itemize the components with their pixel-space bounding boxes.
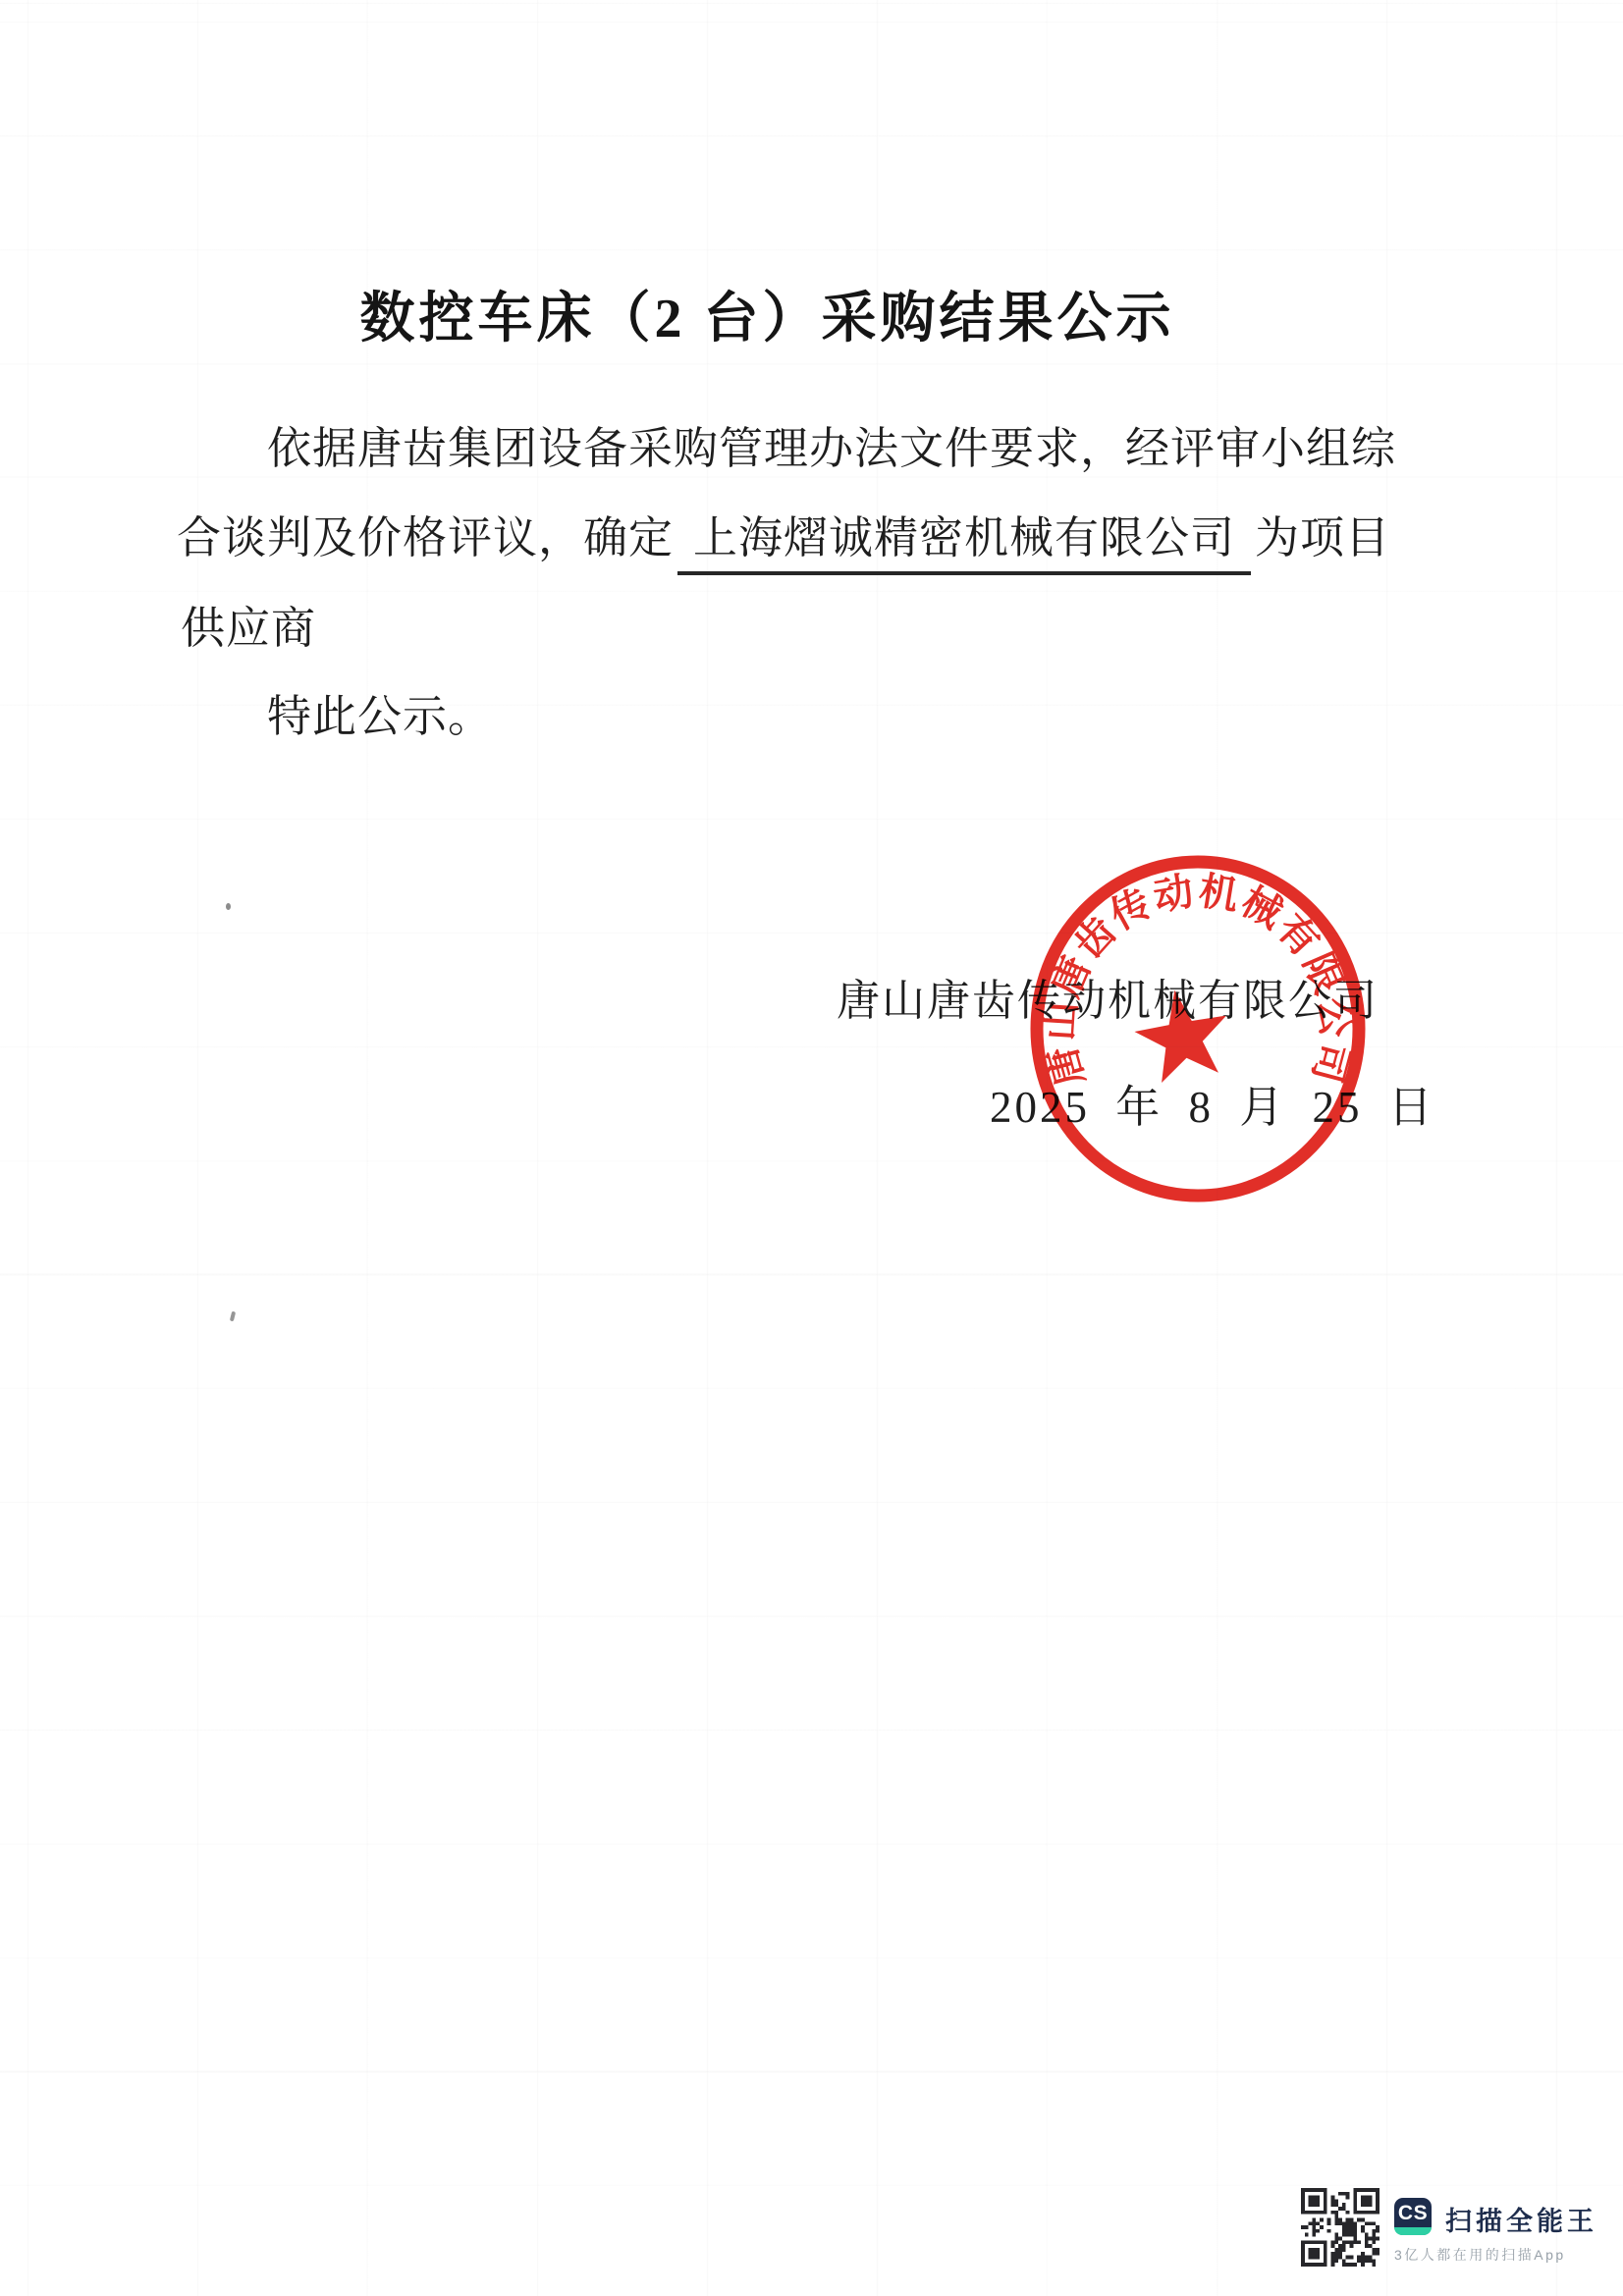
ink-speck [230, 1311, 236, 1322]
company-seal: 唐山唐齿传动机械有限公司 [1019, 846, 1384, 1215]
body-line-2-before: 合谈判及价格评议，确定 [177, 513, 674, 562]
signature-date: 2025 年 8 月 25 日 [990, 1071, 1435, 1135]
scanner-tagline: 3亿人都在用的扫描App [1394, 2245, 1566, 2265]
body-line-3-text: 供应商 [181, 604, 316, 653]
scanner-watermark: CS 扫描全能王 3亿人都在用的扫描App [1301, 2187, 1596, 2280]
signature-company: 唐山唐齿传动机械有限公司 [837, 965, 1379, 1028]
camscanner-logo: CS [1394, 2198, 1432, 2235]
body-line-4: 特此公示。 [267, 690, 493, 743]
supplier-name: 上海熠诚精密机械有限公司 [677, 511, 1251, 575]
document-title: 数控车床（2 台）采购结果公示 [0, 275, 1535, 353]
body-line-1-text: 依据唐齿集团设备采购管理办法文件要求，经评审小组综 [267, 424, 1396, 473]
logo-accent-bar [1394, 2227, 1432, 2235]
body-line-2: 合谈判及价格评议，确定上海熠诚精密机械有限公司为项目 [177, 511, 1390, 575]
ink-speck [226, 903, 231, 910]
body-line-4-text: 特此公示。 [267, 692, 493, 741]
body-line-1: 依据唐齿集团设备采购管理办法文件要求，经评审小组综 [267, 422, 1396, 475]
scan-page: 数控车床（2 台）采购结果公示 依据唐齿集团设备采购管理办法文件要求，经评审小组… [0, 0, 1623, 2296]
scanner-app-name: 扫描全能王 [1445, 2200, 1597, 2238]
qr-code [1301, 2187, 1380, 2268]
body-line-2-after: 为项目 [1255, 513, 1390, 562]
body-line-3: 供应商 [181, 602, 316, 655]
cs-logo-letters: CS [1394, 2199, 1432, 2227]
seal-ring [1037, 862, 1359, 1196]
